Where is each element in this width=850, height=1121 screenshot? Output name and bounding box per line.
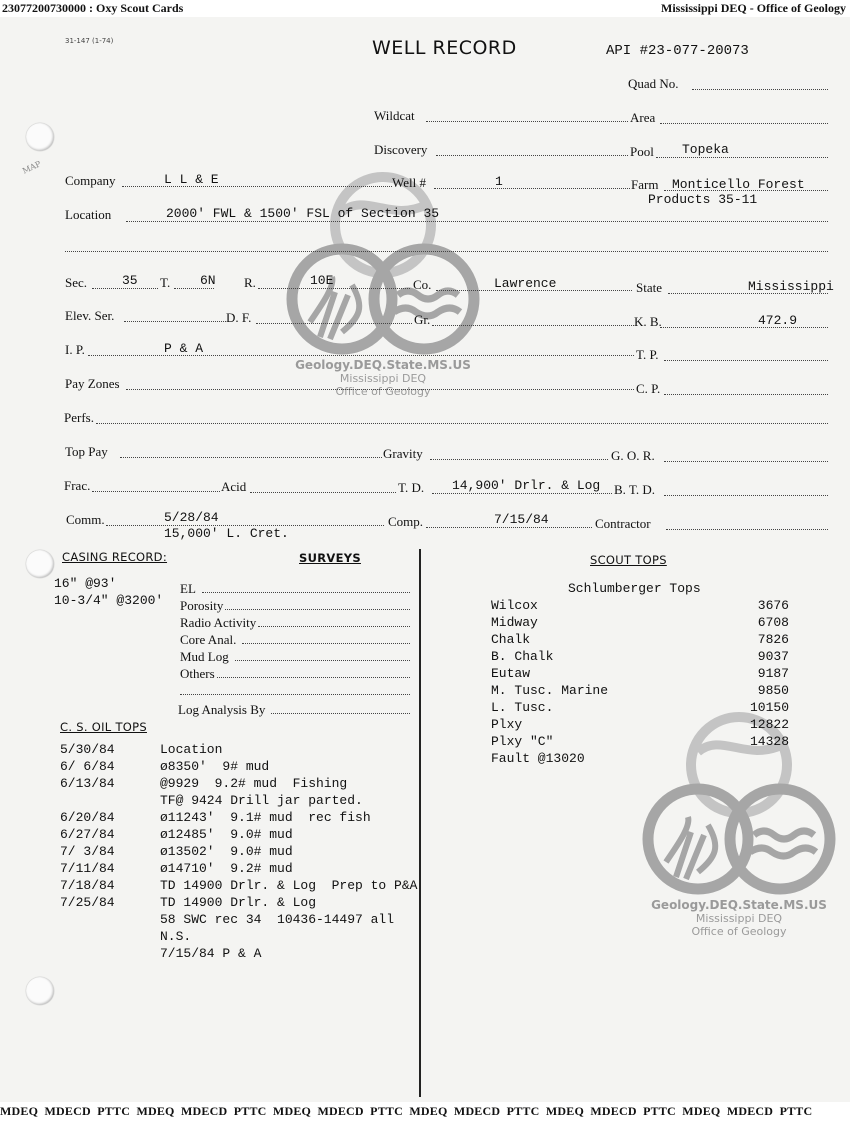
comm-value: 5/28/84 bbox=[164, 510, 219, 525]
page-footer: MDEQ MDECD PTTC MDEQ MDECD PTTC MDEQ MDE… bbox=[0, 1102, 850, 1121]
gravity-label: Gravity bbox=[383, 446, 423, 462]
log-entry: 6/27/84ø12485' 9.0# mud bbox=[60, 826, 417, 843]
company-value: L L & E bbox=[164, 172, 219, 187]
api-number: API #23-077-20073 bbox=[606, 43, 749, 59]
county-label: Co. bbox=[413, 277, 431, 293]
area-label: Area bbox=[630, 110, 655, 126]
township-label: T. bbox=[160, 275, 170, 291]
casing-item: 16" @93' bbox=[54, 575, 163, 592]
state-value: Mississippi bbox=[748, 279, 834, 294]
log-entry: TF@ 9424 Drill jar parted. bbox=[60, 792, 417, 809]
document-id-title: 23077200730000 : Oxy Scout Cards bbox=[2, 0, 183, 17]
kb-label: K. B. bbox=[634, 314, 662, 330]
survey-item-el[interactable]: EL bbox=[180, 580, 410, 597]
td-value: 14,900' Drlr. & Log bbox=[452, 478, 600, 493]
state-label: State bbox=[636, 280, 662, 296]
perfs-field[interactable] bbox=[96, 423, 828, 424]
well-no-field[interactable] bbox=[434, 188, 630, 189]
page-header: 23077200730000 : Oxy Scout Cards Mississ… bbox=[0, 0, 850, 17]
comm-note: 15,000' L. Cret. bbox=[164, 526, 289, 541]
cp-label: C. P. bbox=[636, 381, 660, 397]
casing-record-heading: CASING RECORD: bbox=[62, 550, 167, 564]
survey-item-blank[interactable] bbox=[180, 682, 410, 699]
contractor-label: Contractor bbox=[595, 516, 651, 532]
formation-top-row: Wilcox3676 bbox=[491, 597, 789, 614]
ip-label: I. P. bbox=[65, 342, 85, 358]
formation-top-row: Plxy "C"14328 bbox=[491, 733, 789, 750]
watermark-office: Office of Geology bbox=[636, 925, 842, 938]
log-entry: 58 SWC rec 34 10436-14497 all bbox=[60, 911, 417, 928]
schlumberger-tops-subheading: Schlumberger Tops bbox=[568, 581, 701, 596]
log-entry: 6/20/84ø11243' 9.1# mud rec fish bbox=[60, 809, 417, 826]
wildcat-field[interactable] bbox=[426, 121, 628, 122]
sec-label: Sec. bbox=[65, 275, 87, 291]
log-entry: 5/30/84Location bbox=[60, 741, 417, 758]
td-label: T. D. bbox=[398, 480, 424, 496]
gr-field[interactable] bbox=[432, 325, 634, 326]
surveys-list: EL Porosity Radio Activity Core Anal. Mu… bbox=[180, 580, 410, 718]
survey-item-radio-activity[interactable]: Radio Activity bbox=[180, 614, 410, 631]
gr-label: Gr. bbox=[414, 312, 430, 328]
log-entry: 7/15/84 P & A bbox=[60, 945, 417, 962]
formation-top-row: Chalk7826 bbox=[491, 631, 789, 648]
sec-field[interactable] bbox=[92, 288, 158, 289]
range-label: R. bbox=[244, 275, 256, 291]
form-number: 31-147 (1-74) bbox=[65, 37, 113, 45]
formation-top-row: M. Tusc. Marine9850 bbox=[491, 682, 789, 699]
county-value: Lawrence bbox=[494, 276, 556, 291]
elev-ser-field[interactable] bbox=[124, 321, 226, 322]
wildcat-label: Wildcat bbox=[374, 108, 415, 124]
survey-item-others[interactable]: Others bbox=[180, 665, 410, 682]
frac-label: Frac. bbox=[64, 478, 90, 494]
survey-item-core-anal[interactable]: Core Anal. bbox=[180, 631, 410, 648]
cs-oil-tops-log: 5/30/84Location 6/ 6/84ø8350' 9# mud 6/1… bbox=[60, 741, 417, 962]
acid-label: Acid bbox=[221, 479, 246, 495]
comp-field[interactable] bbox=[426, 527, 592, 528]
gravity-field[interactable] bbox=[430, 459, 608, 460]
scout-tops-list: Wilcox3676 Midway6708 Chalk7826 B. Chalk… bbox=[491, 597, 789, 767]
formation-top-row: L. Tusc.10150 bbox=[491, 699, 789, 716]
kb-value: 472.9 bbox=[758, 313, 797, 328]
scout-tops-heading: SCOUT TOPS bbox=[590, 553, 667, 567]
pay-zones-field[interactable] bbox=[126, 389, 634, 390]
df-label: D. F. bbox=[226, 310, 251, 326]
township-value: 6N bbox=[200, 273, 216, 288]
company-field[interactable] bbox=[122, 186, 392, 187]
pay-zones-label: Pay Zones bbox=[65, 376, 120, 392]
location-field[interactable] bbox=[126, 221, 828, 222]
contractor-field[interactable] bbox=[666, 529, 828, 530]
formation-top-row: Fault @13020 bbox=[491, 750, 789, 767]
gor-label: G. O. R. bbox=[611, 448, 655, 464]
frac-field[interactable] bbox=[92, 491, 220, 492]
comp-label: Comp. bbox=[388, 514, 423, 530]
elev-ser-label: Elev. Ser. bbox=[65, 308, 114, 324]
log-entry: 7/ 3/84ø13502' 9.0# mud bbox=[60, 843, 417, 860]
surveys-heading: SURVEYS bbox=[299, 551, 361, 565]
top-pay-field[interactable] bbox=[120, 457, 382, 458]
btd-label: B. T. D. bbox=[614, 482, 655, 498]
company-label: Company bbox=[65, 173, 116, 189]
log-entry: 6/ 6/84ø8350' 9# mud bbox=[60, 758, 417, 775]
survey-item-porosity[interactable]: Porosity bbox=[180, 597, 410, 614]
tp-label: T. P. bbox=[636, 347, 659, 363]
survey-item-mud-log[interactable]: Mud Log bbox=[180, 648, 410, 665]
well-no-value: 1 bbox=[495, 174, 503, 189]
acid-field[interactable] bbox=[250, 492, 396, 493]
discovery-field[interactable] bbox=[436, 155, 628, 156]
formation-top-row: Midway6708 bbox=[491, 614, 789, 631]
log-entry: N.S. bbox=[60, 928, 417, 945]
casing-record-list: 16" @93' 10-3/4" @3200' bbox=[54, 575, 163, 609]
farm-label: Farm bbox=[631, 177, 658, 193]
comp-value: 7/15/84 bbox=[494, 512, 549, 527]
area-field[interactable] bbox=[660, 123, 828, 124]
range-value: 10E bbox=[310, 273, 333, 288]
ip-value: P & A bbox=[164, 341, 203, 356]
pool-value: Topeka bbox=[682, 142, 729, 157]
cp-field[interactable] bbox=[664, 394, 828, 395]
df-field[interactable] bbox=[256, 323, 412, 324]
pool-label: Pool bbox=[630, 144, 654, 160]
cs-oil-tops-heading: C. S. OIL TOPS bbox=[60, 720, 147, 734]
quad-no-field[interactable] bbox=[692, 89, 828, 90]
watermark-agency: Mississippi DEQ bbox=[280, 372, 486, 385]
punch-hole bbox=[26, 977, 54, 1005]
location-label: Location bbox=[65, 207, 111, 223]
handwritten-initials: MAP bbox=[21, 159, 42, 175]
punch-hole bbox=[26, 123, 54, 151]
farm-value: Monticello Forest bbox=[672, 177, 805, 192]
pool-field[interactable] bbox=[656, 157, 828, 158]
well-no-label: Well # bbox=[392, 175, 426, 191]
formation-top-row: Plxy12822 bbox=[491, 716, 789, 733]
td-field[interactable] bbox=[432, 493, 612, 494]
perfs-label: Perfs. bbox=[64, 410, 94, 426]
log-entry: 7/11/84ø14710' 9.2# mud bbox=[60, 860, 417, 877]
footer-agency-strip: MDEQ MDECD PTTC MDEQ MDECD PTTC MDEQ MDE… bbox=[0, 1104, 812, 1118]
watermark-agency: Mississippi DEQ bbox=[636, 912, 842, 925]
survey-item-log-analysis-by[interactable]: Log Analysis By bbox=[178, 701, 410, 718]
log-entry: 7/18/84TD 14900 Drlr. & Log Prep to P&A bbox=[60, 877, 417, 894]
township-field[interactable] bbox=[174, 288, 214, 289]
watermark-office: Office of Geology bbox=[280, 385, 486, 398]
punch-hole bbox=[26, 550, 54, 578]
tp-field[interactable] bbox=[664, 360, 828, 361]
location-field-line2[interactable] bbox=[65, 251, 828, 252]
top-pay-label: Top Pay bbox=[65, 444, 108, 460]
formation-top-row: B. Chalk9037 bbox=[491, 648, 789, 665]
sec-value: 35 bbox=[122, 273, 138, 288]
range-field[interactable] bbox=[258, 288, 410, 289]
well-record-card: MAP Geology.DEQ.State.MS.US Mississippi … bbox=[0, 17, 850, 1102]
agency-title: Mississippi DEQ - Office of Geology bbox=[661, 0, 846, 17]
formation-top-row: Eutaw9187 bbox=[491, 665, 789, 682]
log-entry: 7/25/84TD 14900 Drlr. & Log bbox=[60, 894, 417, 911]
discovery-label: Discovery bbox=[374, 142, 427, 158]
farm-value-line2: Products 35-11 bbox=[648, 192, 757, 207]
form-title: WELL RECORD bbox=[372, 37, 517, 59]
comm-label: Comm. bbox=[66, 512, 105, 528]
log-entry: 6/13/84@9929 9.2# mud Fishing bbox=[60, 775, 417, 792]
casing-item: 10-3/4" @3200' bbox=[54, 592, 163, 609]
column-divider bbox=[419, 549, 421, 1097]
watermark-url: Geology.DEQ.State.MS.US bbox=[280, 359, 486, 372]
btd-field[interactable] bbox=[664, 495, 828, 496]
watermark-url: Geology.DEQ.State.MS.US bbox=[636, 899, 842, 912]
kb-field[interactable] bbox=[660, 327, 828, 328]
quad-no-label: Quad No. bbox=[628, 76, 679, 92]
gor-field[interactable] bbox=[664, 461, 828, 462]
location-value: 2000' FWL & 1500' FSL of Section 35 bbox=[166, 206, 439, 221]
